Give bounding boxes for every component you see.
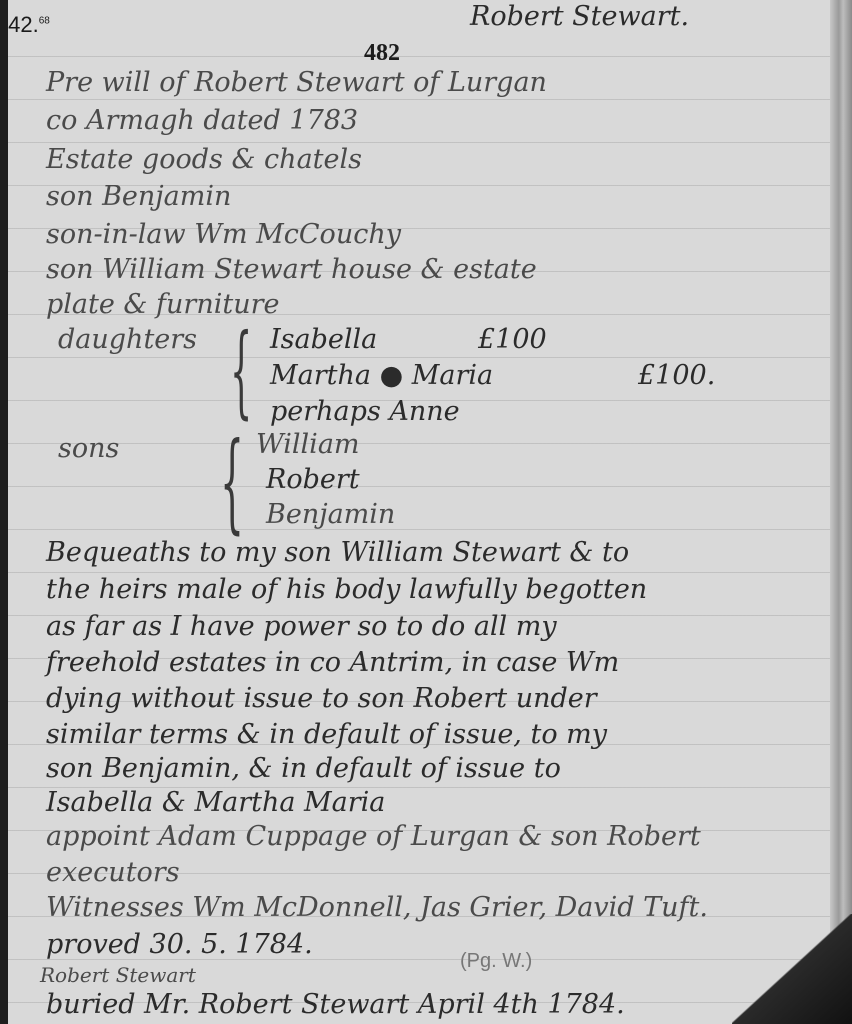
ledger-page: .42.68 Robert Stewart. 482 Pre will of R…	[8, 0, 830, 1024]
stamp-number: 482	[364, 40, 400, 67]
line-1: Pre will of Robert Stewart of Lurgan	[46, 68, 547, 98]
daughter-3-name: perhaps Anne	[270, 397, 460, 427]
body-line-4: freehold estates in co Antrim, in case W…	[46, 648, 619, 678]
daughters-brace: {	[230, 312, 252, 429]
ref-number: .42.68	[8, 12, 50, 38]
pencil-note: (Pg. W.)	[460, 950, 532, 973]
line-2: co Armagh dated 1783	[46, 106, 358, 136]
header-name: Robert Stewart.	[470, 2, 689, 32]
daughter-1-amount: £100	[478, 325, 547, 355]
daughter-2-amount: £100.	[638, 361, 715, 391]
body-line-7: son Benjamin, & in default of issue to	[46, 754, 561, 784]
daughters-label: daughters	[58, 325, 197, 355]
page-corner-shadow	[732, 914, 852, 1024]
line-6: son William Stewart house & estate	[46, 255, 537, 285]
body-line-11: Witnesses Wm McDonnell, Jas Grier, David…	[46, 893, 708, 923]
body-line-6: similar terms & in default of issue, to …	[46, 720, 607, 750]
body-line-9: appoint Adam Cuppage of Lurgan & son Rob…	[46, 822, 701, 852]
margin-name: Robert Stewart	[40, 960, 196, 990]
daughter-2-name: Martha ● Maria	[270, 361, 493, 391]
binding-shadow-left	[0, 0, 8, 1024]
body-line-2: the heirs male of his body lawfully bego…	[46, 575, 647, 605]
body-line-5: dying without issue to son Robert under	[46, 684, 597, 714]
last-line: buried Mr. Robert Stewart April 4th 1784…	[46, 990, 625, 1020]
body-line-8: Isabella & Martha Maria	[46, 788, 385, 818]
sons-brace: {	[220, 420, 244, 545]
body-line-3: as far as I have power so to do all my	[46, 612, 557, 642]
binding-edge-right	[830, 0, 852, 1024]
line-5: son-in-law Wm McCouchy	[46, 220, 401, 250]
body-line-1: Bequeaths to my son William Stewart & to	[46, 538, 629, 568]
body-line-10: executors	[46, 858, 180, 888]
line-4: son Benjamin	[46, 182, 231, 212]
son-3: Benjamin	[266, 500, 395, 530]
line-3: Estate goods & chatels	[46, 145, 362, 175]
ref-superscript: 68	[39, 16, 50, 27]
body-line-12: proved 30. 5. 1784.	[46, 930, 313, 960]
sons-label: sons	[58, 434, 119, 464]
ref-number-text: .42.	[8, 12, 39, 37]
son-2: Robert	[266, 465, 360, 495]
daughter-1-name: Isabella	[270, 325, 377, 355]
son-1: William	[256, 430, 360, 460]
